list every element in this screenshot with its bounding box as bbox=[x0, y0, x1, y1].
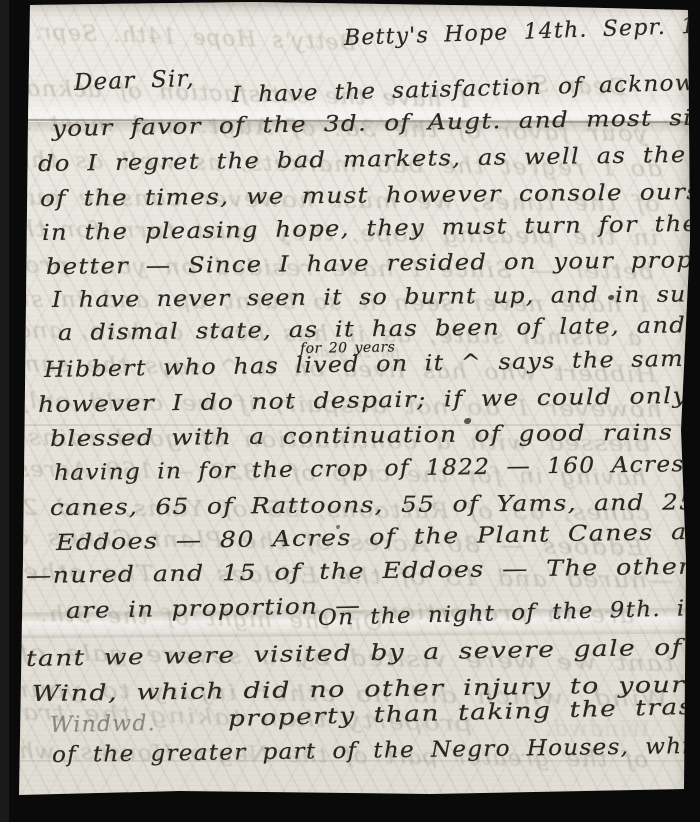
letter-line: —nured and 15 of the Eddoes — The other … bbox=[26, 553, 700, 589]
letter-line: having in for the crop of 1822 — 160 Acr… bbox=[54, 450, 700, 486]
letter-line: Hibbert who has lived on it ^ says the s… bbox=[44, 346, 700, 383]
letter-line-faint: Windwd. bbox=[50, 711, 156, 738]
handwriting-layer: Betty's Hope 14th. Sepr. 1821 Dear Sir, … bbox=[0, 0, 700, 822]
letter-line: in the pleasing hope, they must turn for… bbox=[42, 212, 699, 246]
letter-page: Betty's Hope 14th. Sepr. 1821 Dear Sir, … bbox=[0, 0, 700, 822]
salutation: Dear Sir, bbox=[74, 66, 196, 96]
dateline: Betty's Hope 14th. Sepr. 1821 bbox=[344, 12, 700, 51]
letter-line: blessed with a continuation of good rain… bbox=[50, 420, 700, 452]
background-shadow-strip bbox=[0, 0, 9, 822]
letter-line: canes, 65 of Rattoons, 55 of Yams, and 2… bbox=[50, 490, 700, 521]
letter-line: however I do not despair; if we could on… bbox=[38, 383, 700, 418]
letter-line: On the night of the 9th. ins bbox=[318, 596, 700, 631]
letter-line: tant we were visited by a severe gale of bbox=[26, 636, 683, 672]
letter-line: of the times, we must however console ou… bbox=[40, 179, 700, 212]
photo-stage: Betty's Hope 14th. Sepr. 1821 Dear Sir, … bbox=[0, 0, 700, 822]
letter-line: a dismal state, as it has been of late, … bbox=[58, 313, 700, 346]
letter-line: your favor of the 3d. of Augt. and most … bbox=[52, 104, 700, 142]
letter-line: I have never seen it so burnt up, and in… bbox=[52, 282, 700, 313]
letter-line: do I regret the bad markets, as well as … bbox=[38, 141, 700, 177]
letter-line: Eddoes — 80 Acres of the Plant Canes are… bbox=[56, 518, 700, 556]
letter-line: of the greater part of the Negro Houses,… bbox=[52, 734, 700, 768]
letter-line: I have the satisfaction of acknowledging bbox=[232, 68, 700, 108]
letter-line: better — Since I have resided on your pr… bbox=[46, 248, 700, 280]
